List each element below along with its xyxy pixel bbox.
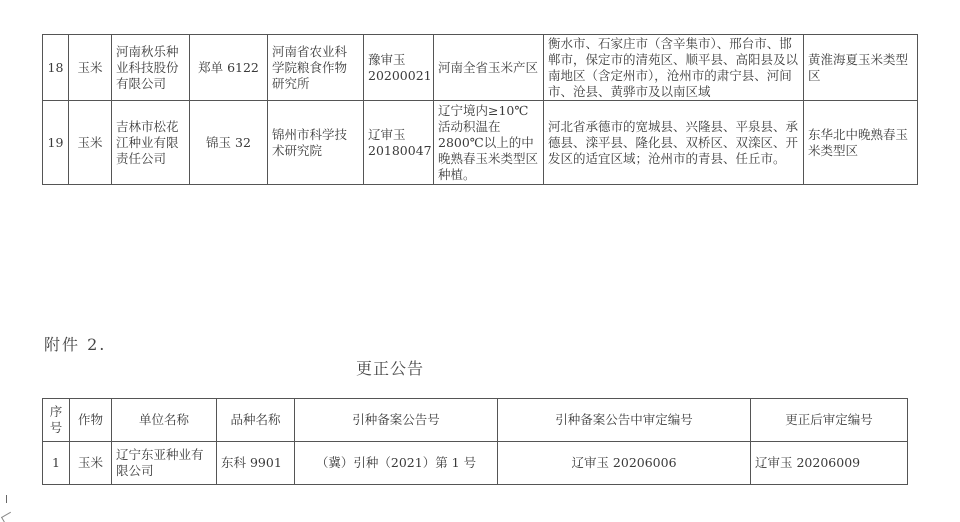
section-title: 更正公告 — [356, 356, 424, 379]
breeder-cell: 锦州市科学技术研究院 — [268, 101, 364, 185]
original-area-cell: 辽宁境内≥10℃活动积温在2800℃以上的中晚熟春玉米类型区种植。 — [434, 101, 544, 185]
unit-cell: 辽宁东亚种业有限公司 — [112, 442, 217, 485]
table-row: 19 玉米 吉林市松花江种业有限责任公司 锦玉 32 锦州市科学技术研究院 辽审… — [43, 101, 918, 185]
variety-intro-table: 18 玉米 河南秋乐种业科技股份有限公司 郑单 6122 河南省农业科学院粮食作… — [42, 34, 918, 185]
header-corrected-approval: 更正后审定编号 — [751, 399, 908, 442]
page-mark — [6, 495, 7, 503]
header-variety: 品种名称 — [217, 399, 295, 442]
original-area-cell: 河南全省玉米产区 — [434, 35, 544, 101]
applicant-cell: 吉林市松花江种业有限责任公司 — [112, 101, 190, 185]
variety-cell: 东科 9901 — [217, 442, 295, 485]
approval-number-cell: 辽审玉 20180047 — [364, 101, 434, 185]
row-number: 1 — [43, 442, 70, 485]
corrected-approval-cell: 辽审玉 20206009 — [751, 442, 908, 485]
applicant-cell: 河南秋乐种业科技股份有限公司 — [112, 35, 190, 101]
header-notice-no: 引种备案公告号 — [295, 399, 498, 442]
correction-table: 序号 作物 单位名称 品种名称 引种备案公告号 引种备案公告中审定编号 更正后审… — [42, 398, 908, 485]
table-header-row: 序号 作物 单位名称 品种名称 引种备案公告号 引种备案公告中审定编号 更正后审… — [43, 399, 908, 442]
row-number: 19 — [43, 101, 69, 185]
orig-approval-cell: 辽审玉 20206006 — [498, 442, 751, 485]
intro-area-cell: 衡水市、石家庄市（含辛集市）、邢台市、邯郸市，保定市的清苑区、顺平县、高阳县及以… — [544, 35, 804, 101]
page-corner-mark — [1, 512, 14, 522]
ecotype-cell: 东华北中晚熟春玉米类型区 — [804, 101, 918, 185]
row-number: 18 — [43, 35, 69, 101]
approval-number-cell: 豫审玉 20200021 — [364, 35, 434, 101]
crop-cell: 玉米 — [69, 101, 112, 185]
header-crop: 作物 — [70, 399, 112, 442]
header-orig-approval: 引种备案公告中审定编号 — [498, 399, 751, 442]
ecotype-cell: 黄淮海夏玉米类型区 — [804, 35, 918, 101]
crop-cell: 玉米 — [69, 35, 112, 101]
table-row: 18 玉米 河南秋乐种业科技股份有限公司 郑单 6122 河南省农业科学院粮食作… — [43, 35, 918, 101]
breeder-cell: 河南省农业科学院粮食作物研究所 — [268, 35, 364, 101]
variety-cell: 锦玉 32 — [190, 101, 268, 185]
header-no: 序号 — [43, 399, 70, 442]
intro-area-cell: 河北省承德市的宽城县、兴隆县、平泉县、承德县、滦平县、隆化县、双桥区、双滦区、开… — [544, 101, 804, 185]
crop-cell: 玉米 — [70, 442, 112, 485]
table-row: 1 玉米 辽宁东亚种业有限公司 东科 9901 （冀）引种（2021）第 1 号… — [43, 442, 908, 485]
attachment-label: 附件 2. — [44, 332, 106, 355]
notice-number-cell: （冀）引种（2021）第 1 号 — [295, 442, 498, 485]
variety-cell: 郑单 6122 — [190, 35, 268, 101]
header-unit: 单位名称 — [112, 399, 217, 442]
